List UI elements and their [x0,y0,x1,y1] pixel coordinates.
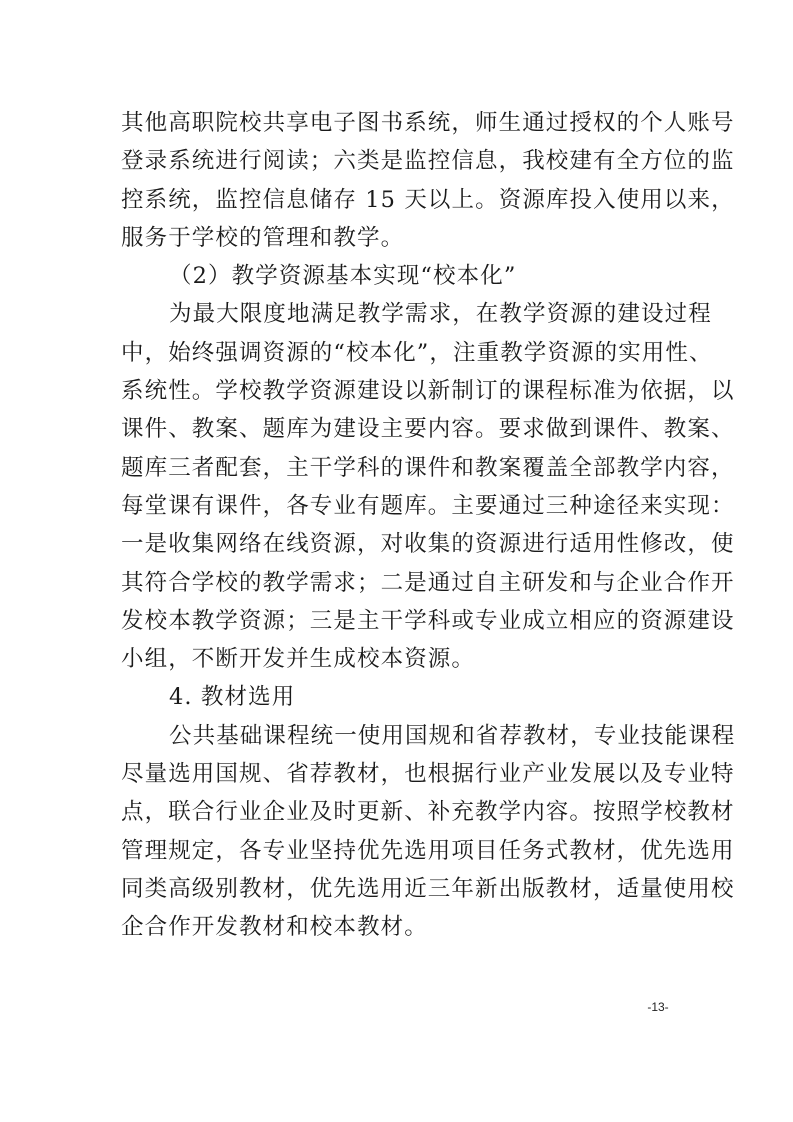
text-line: 其他高职院校共享电子图书系统，师生通过授权的个人账号 [121,104,681,142]
text-line: 控系统，监控信息储存 15 天以上。资源库投入使用以来， [121,181,681,219]
text-line: 课件、教案、题库为建设主要内容。要求做到课件、教案、 [121,410,681,448]
text-line: 一是收集网络在线资源，对收集的资源进行适用性修改，使 [121,525,681,563]
text-line: 企合作开发教材和校本教材。 [121,908,681,946]
text-line: 管理规定，各专业坚持优先选用项目任务式教材，优先选用 [121,832,681,870]
text-line: 尽量选用国规、省荐教材，也根据行业产业发展以及专业特 [121,755,681,793]
text-line: 公共基础课程统一使用国规和省荐教材，专业技能课程 [121,717,681,755]
text-line: 登录系统进行阅读；六类是监控信息，我校建有全方位的监 [121,142,681,180]
text-line: 其符合学校的教学需求；二是通过自主研发和与企业合作开 [121,564,681,602]
text-line: 服务于学校的管理和教学。 [121,219,681,257]
text-line: 发校本教学资源；三是主干学科或专业成立相应的资源建设 [121,602,681,640]
section-heading: （2）教学资源基本实现“校本化” [121,257,681,295]
page-number: -13- [638,1000,678,1014]
text-line: 同类高级别教材，优先选用近三年新出版教材，适量使用校 [121,870,681,908]
text-line: 小组，不断开发并生成校本资源。 [121,640,681,678]
text-line: 系统性。学校教学资源建设以新制订的课程标准为依据，以 [121,372,681,410]
document-page: 其他高职院校共享电子图书系统，师生通过授权的个人账号 登录系统进行阅读；六类是监… [121,104,681,947]
text-line: 点，联合行业企业及时更新、补充教学内容。按照学校教材 [121,793,681,831]
text-line: 为最大限度地满足教学需求，在教学资源的建设过程 [121,295,681,333]
text-line: 中，始终强调资源的“校本化”，注重教学资源的实用性、 [121,334,681,372]
section-heading: 4. 教材选用 [121,678,681,716]
text-line: 题库三者配套，主干学科的课件和教案覆盖全部教学内容， [121,449,681,487]
text-line: 每堂课有课件，各专业有题库。主要通过三种途径来实现： [121,487,681,525]
